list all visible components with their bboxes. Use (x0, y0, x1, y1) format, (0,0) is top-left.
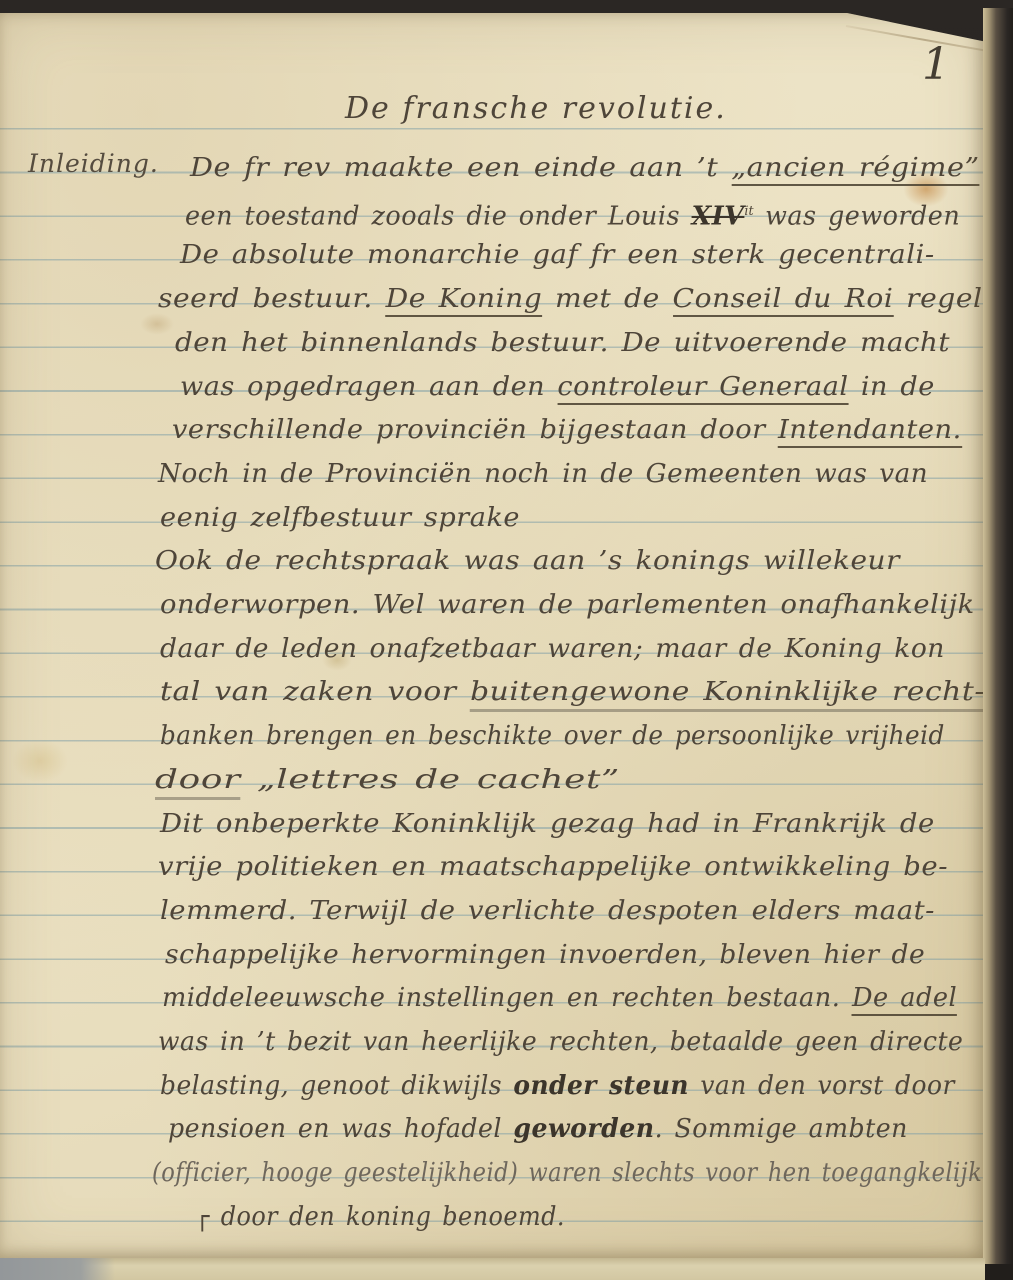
handwriting-line: den het binnenlands bestuur. De uitvoere… (175, 321, 950, 365)
underlined-phrase: door (155, 765, 241, 800)
handwriting-line: was opgedragen aan den controleur Genera… (180, 365, 935, 409)
handwriting-line: Ook de rechtspraak was aan ’s konings wi… (155, 539, 900, 583)
handwriting-line: middeleeuwsche instellingen en rechten b… (162, 976, 957, 1020)
underlined-phrase: controleur Generaal (557, 372, 848, 405)
handwriting-text: XIV (692, 201, 745, 231)
handwriting-line: daar de leden onafzetbaar waren; maar de… (160, 627, 945, 671)
underlined-phrase: Intendanten. (778, 415, 962, 448)
handwriting-text: schappelijke hervormingen invoerden, ble… (165, 940, 925, 970)
handwriting-text: was geworden (754, 201, 961, 231)
handwriting-text: was in ’t bezit van heerlijke rechten, b… (158, 1027, 963, 1057)
handwriting-text: . Sommige ambten (655, 1114, 908, 1144)
handwriting-line: een toestand zooals die onder Louis XIVi… (185, 190, 960, 239)
handwriting-text: geworden (513, 1114, 654, 1144)
handwriting-text: daar de leden onafzetbaar waren; maar de… (160, 634, 945, 664)
handwriting-text: pensioen en was hofadel (168, 1114, 513, 1144)
handwriting-text: Noch in de Provinciën noch in de Gemeent… (158, 459, 928, 489)
book-binding-edge (983, 8, 1013, 1264)
handwriting-text: lemmerd. Terwijl de verlichte despoten e… (160, 896, 935, 926)
handwriting-line: onderworpen. Wel waren de parlementen on… (160, 583, 975, 627)
notebook-page: 1 De fransche revolutie. Inleiding. De f… (0, 13, 985, 1258)
handwriting-text: tal van zaken voor (160, 677, 470, 707)
handwriting-text: regel- (893, 284, 985, 314)
handwriting-text: in de (849, 372, 935, 402)
handwriting-line: ┌ door den koning benoemd. (195, 1195, 565, 1239)
underlined-phrase: De adel (852, 983, 957, 1016)
margin-note: Inleiding. (28, 149, 159, 178)
handwriting-text: middeleeuwsche instellingen en rechten b… (162, 983, 852, 1013)
handwriting-text: De absolute monarchie gaf fr een sterk g… (180, 240, 935, 270)
underlined-phrase: Conseil du Roi (673, 284, 894, 317)
handwriting-text: een toestand zooals die onder Louis (185, 201, 692, 231)
handwriting-line: De fr rev maakte een einde aan ’t „ancie… (190, 146, 980, 190)
underlined-phrase: „ancien régime” (731, 153, 979, 186)
handwriting-text: ┌ (195, 1202, 221, 1232)
handwriting-line: seerd bestuur. De Koning met de Conseil … (158, 277, 985, 321)
bottom-shadow (0, 1258, 115, 1280)
handwriting-line: Dit onbeperkte Koninklijk gezag had in F… (160, 802, 935, 846)
handwriting-text: „lettres de cachet” (241, 765, 620, 795)
handwriting-line: vrije politieken en maatschappelijke ont… (158, 845, 948, 889)
handwriting-text: onderworpen. Wel waren de parlementen on… (160, 590, 975, 620)
page-crease (846, 25, 985, 54)
page-title: De fransche revolutie. (345, 91, 727, 126)
underlined-phrase: buitengewone Koninklijke recht- (470, 677, 985, 712)
handwriting-text: was opgedragen aan den (180, 372, 557, 402)
handwriting-line: pensioen en was hofadel geworden. Sommig… (168, 1107, 908, 1151)
handwriting-text: Ook de rechtspraak was aan ’s konings wi… (155, 546, 900, 576)
handwriting-text: door den koning benoemd. (221, 1202, 565, 1232)
handwriting-text: seerd bestuur. (158, 284, 386, 314)
scan-background: { "page": { "number": "1", "title": "De … (0, 0, 1013, 1280)
handwriting-line: eenig zelfbestuur sprake (160, 496, 520, 540)
handwriting-line: tal van zaken voor buitengewone Koninkli… (160, 670, 985, 714)
handwriting-text: (officier, hooge geestelijkheid) waren s… (152, 1158, 982, 1188)
handwriting-line: door „lettres de cachet” (155, 758, 620, 802)
handwriting-text: De fr rev maakte een einde aan ’t (190, 153, 731, 183)
handwriting-text: verschillende provinciën bijgestaan door (172, 415, 778, 445)
handwriting-text: eenig zelfbestuur sprake (160, 503, 520, 533)
underlined-phrase: De Koning (386, 284, 543, 317)
handwriting-text: banken brengen en beschikte over de pers… (160, 721, 945, 751)
handwriting-line: verschillende provinciën bijgestaan door… (172, 408, 962, 452)
handwriting-line: schappelijke hervormingen invoerden, ble… (165, 933, 925, 977)
handwriting-text: den het binnenlands bestuur. De uitvoere… (175, 328, 950, 358)
page-number: 1 (922, 39, 951, 90)
handwriting-text: met de (542, 284, 672, 314)
handwriting-text: vrije politieken en maatschappelijke ont… (158, 852, 948, 882)
handwriting-line: belasting, genoot dikwijls onder steun v… (160, 1064, 955, 1108)
handwriting-line: De absolute monarchie gaf fr een sterk g… (180, 233, 935, 277)
underlying-pages-edge (0, 1258, 985, 1280)
handwriting-line: banken brengen en beschikte over de pers… (160, 714, 945, 758)
handwriting-line: lemmerd. Terwijl de verlichte despoten e… (160, 889, 935, 933)
handwriting-text: it (744, 204, 753, 219)
handwriting-text: Dit onbeperkte Koninklijk gezag had in F… (160, 809, 935, 839)
handwriting-line: (officier, hooge geestelijkheid) waren s… (152, 1151, 982, 1195)
handwriting-text: belasting, genoot dikwijls (160, 1071, 513, 1101)
handwriting-line: Noch in de Provinciën noch in de Gemeent… (158, 452, 928, 496)
handwriting-text: van den vorst door (689, 1071, 955, 1101)
handwriting-line: was in ’t bezit van heerlijke rechten, b… (158, 1020, 963, 1064)
handwriting-text: onder steun (513, 1071, 689, 1101)
